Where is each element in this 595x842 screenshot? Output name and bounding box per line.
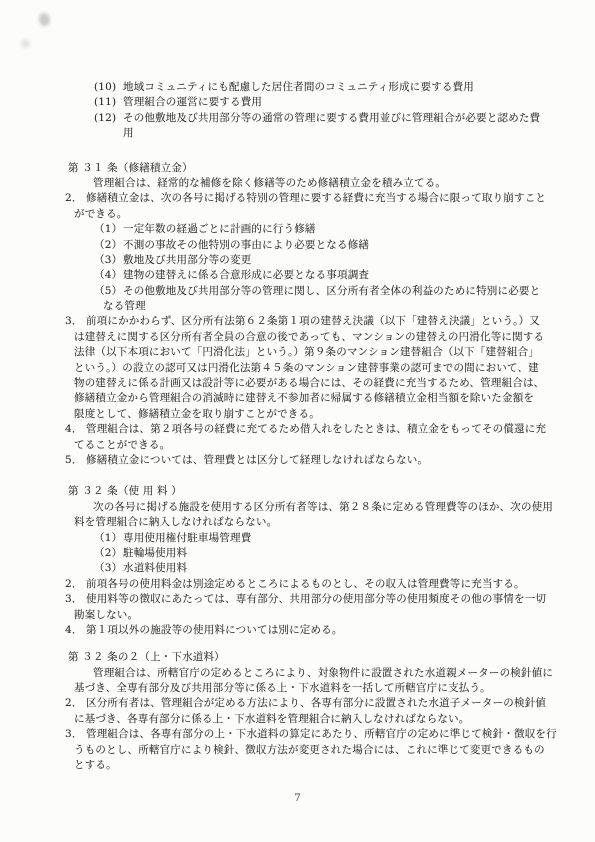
paragraph-number: 2．: [65, 577, 86, 592]
item-number: （2）: [94, 546, 123, 561]
article-32-2-paragraph-1: 管理組合は、所轄官庁の定めるところにより、対象物件に設置された水道親メーターの検…: [93, 666, 537, 681]
paragraph-number: 4．: [65, 623, 86, 638]
section-gap: [65, 142, 537, 161]
paragraph-continuation: てることができる。: [74, 438, 537, 453]
item-text: 地域コミュニティにも配慮した居住者間のコミュニティ形成に要する費用: [123, 81, 474, 93]
paragraph-number: 3．: [65, 727, 86, 742]
item-number: （1）: [94, 222, 123, 237]
document-page: (10)地域コミュニティにも配慮した居住者間のコミュニティ形成に要する費用 (1…: [0, 0, 595, 842]
item-number: (11): [94, 95, 123, 110]
paragraph-continuation: という。）の設立の認可又は円滑化法第４５条のマンション建替事業の認可までの間にお…: [74, 361, 537, 376]
repair-list-item: （4）建物の建替えに係る合意形成に必要となる事項調査: [94, 268, 537, 283]
item-number: （3）: [94, 253, 123, 268]
article-32-paragraph-4: 4．第１項以外の施設等の使用料については別に定める。: [65, 623, 537, 638]
cost-list-item-continuation: 用: [123, 126, 537, 141]
section-gap: [65, 468, 537, 484]
item-text: 建物の建替えに係る合意形成に必要となる事項調査: [123, 269, 369, 281]
paragraph-number: 3．: [65, 592, 86, 607]
paragraph-continuation: 物の建替えに係る計画又は設計等に必要がある場合には、その経費に充当するため、管理…: [74, 376, 537, 391]
article-31-paragraph-5: 5．修繕積立金については、管理費とは区分して経理しなければならない。: [65, 453, 537, 468]
article-31-paragraph-4: 4．管理組合は、第２項各号の経費に充てるため借入れをしたときは、積立金をもってそ…: [65, 422, 537, 437]
scan-smudge: [21, 39, 30, 48]
paragraph-continuation: 料を管理組合に納入しなければならない。: [74, 515, 537, 530]
cost-list-item: (12)その他敷地及び共用部分等の通常の管理に要する費用並びに管理組合が必要と認…: [94, 111, 537, 126]
cost-list-item: (11)管理組合の運営に要する費用: [94, 95, 537, 110]
item-text: 駐輪場使用料: [123, 547, 187, 559]
article-31-paragraph-1: 管理組合は、経常的な補修を除く修繕等のため修繕積立金を積み立てる。: [93, 176, 537, 191]
cost-list-item: (10)地域コミュニティにも配慮した居住者間のコミュニティ形成に要する費用: [94, 80, 537, 95]
paragraph-text: 前項にかかわらず、区分所有法第６２条第１項の建替え決議（以下「建替え決議」という…: [86, 315, 540, 327]
paragraph-continuation: ができる。: [74, 207, 537, 222]
paragraph-continuation: は建替えに関する区分所有者全員の合意の後であっても、マンションの建替えの円滑化等…: [74, 330, 537, 345]
paragraph-text: 修繕積立金については、管理費とは区分して経理しなければならない。: [86, 454, 428, 466]
paragraph-text: 修繕積立金は、次の各号に掲げる特別の管理に要する経費に充当する場合に限って取り崩…: [86, 192, 546, 204]
paragraph-continuation: 勘案しない。: [74, 608, 537, 623]
article-32-2-paragraph-3: 3．管理組合は、各専有部分の上・下水道料の算定にあたり、所轄官庁の定めに準じて検…: [65, 727, 537, 742]
paragraph-continuation: 修繕積立金から管理組合の消滅時に建替え不参加者に帰属する修繕積立金相当額を除いた…: [74, 391, 537, 406]
article-32-paragraph-3: 3．使用料等の徴収にあたっては、専有部分、共用部分の使用部分等の使用頻度その他の…: [65, 592, 537, 607]
paragraph-continuation: 限度として、修繕積立金を取り崩すことができる。: [74, 407, 537, 422]
item-number: （2）: [94, 238, 123, 253]
repair-list-item: （3）敷地及び共用部分等の変更: [94, 253, 537, 268]
paragraph-continuation: 基づき、全専有部分及び共用部分等に係る上・下水道料を一括して所轄官庁に支払う。: [74, 681, 537, 696]
section-gap: [65, 773, 537, 791]
item-text: その他敷地及び共用部分等の管理に関し、区分所有者全体の利益のために特別に必要と: [123, 285, 540, 297]
article-32-heading: 第 ３２ 条（使 用 料 ）: [68, 484, 537, 499]
paragraph-continuation: に基づき、各専有部分に係る上・下水道料を管理組合に納入しなければならない。: [74, 712, 537, 727]
fee-list-item: （2）駐輪場使用料: [94, 546, 537, 561]
paragraph-continuation: 法律（以下本項において「円滑化法」という。）第９条のマンション建替組合（以下「建…: [74, 345, 537, 360]
article-31-paragraph-2: 2．修繕積立金は、次の各号に掲げる特別の管理に要する経費に充当する場合に限って取…: [65, 191, 537, 206]
paragraph-number: 2．: [65, 696, 86, 711]
paragraph-text: 区分所有者は、管理組合が定める方法により、各専有部分に設置された水道子メーターの…: [86, 697, 546, 709]
item-text: その他敷地及び共用部分等の通常の管理に要する費用並びに管理組合が必要と認めた費: [123, 112, 540, 124]
item-text: 不測の事故その他特別の事由により必要となる修繕: [123, 239, 369, 251]
item-number: （5）: [94, 284, 123, 299]
article-32-paragraph-2: 2．前項各号の使用料金は別途定めるところによるものとし、その収入は管理費等に充当…: [65, 577, 537, 592]
item-text: 専用使用権付駐車場管理費: [123, 532, 251, 544]
repair-list-item: （2）不測の事故その他特別の事由により必要となる修繕: [94, 238, 537, 253]
paragraph-text: 管理組合は、第２項各号の経費に充てるため借入れをしたときは、積立金をもってその償…: [86, 423, 546, 435]
item-number: (12): [94, 111, 123, 126]
paragraph-text: 第１項以外の施設等の使用料については別に定める。: [86, 624, 343, 636]
paragraph-continuation: うものとし、所轄官庁により検針、徴収方法が変更された場合には、これに準じて変更で…: [74, 743, 537, 758]
paragraph-number: 3．: [65, 314, 86, 329]
repair-list-item: （5）その他敷地及び共用部分等の管理に関し、区分所有者全体の利益のために特別に必…: [94, 284, 537, 299]
paragraph-number: 2．: [65, 191, 86, 206]
article-32-2-paragraph-2: 2．区分所有者は、管理組合が定める方法により、各専有部分に設置された水道子メータ…: [65, 696, 537, 711]
item-text: 水道料使用料: [123, 562, 187, 574]
item-text: 一定年数の経過ごとに計画的に行う修繕: [123, 223, 316, 235]
item-number: （1）: [94, 531, 123, 546]
item-text: 敷地及び共用部分等の変更: [123, 254, 251, 266]
item-number: (10): [94, 80, 123, 95]
page-number: 7: [0, 791, 595, 806]
paragraph-text: 使用料等の徴収にあたっては、専有部分、共用部分の使用部分等の使用頻度その他の事情…: [86, 593, 546, 605]
item-text: 管理組合の運営に要する費用: [123, 96, 262, 108]
repair-list-item-continuation: なる管理: [103, 299, 537, 314]
section-gap: [65, 638, 537, 650]
paragraph-text: 管理組合は、各専有部分の上・下水道料の算定にあたり、所轄官庁の定めに準じて検針・…: [86, 728, 557, 740]
repair-list-item: （1）一定年数の経過ごとに計画的に行う修繕: [94, 222, 537, 237]
paragraph-number: 5．: [65, 453, 86, 468]
article-31-paragraph-3: 3．前項にかかわらず、区分所有法第６２条第１項の建替え決議（以下「建替え決議」と…: [65, 314, 537, 329]
paragraph-number: 4．: [65, 422, 86, 437]
paragraph-continuation: とする。: [74, 758, 537, 773]
scan-smudge: [39, 13, 50, 26]
fee-list-item: （3）水道料使用料: [94, 561, 537, 576]
article-32-paragraph-1: 次の各号に掲げる施設を使用する区分所有者等は、第２８条に定める管理費等のほか、次…: [93, 500, 537, 515]
item-number: （4）: [94, 268, 123, 283]
article-31-heading: 第 ３１ 条（修繕積立金）: [68, 161, 537, 176]
article-32-2-heading: 第 ３２ 条の２（上・下水道料）: [68, 650, 537, 665]
fee-list-item: （1）専用使用権付駐車場管理費: [94, 531, 537, 546]
item-number: （3）: [94, 561, 123, 576]
paragraph-text: 前項各号の使用料金は別途定めるところによるものとし、その収入は管理費等に充当する…: [86, 578, 525, 590]
